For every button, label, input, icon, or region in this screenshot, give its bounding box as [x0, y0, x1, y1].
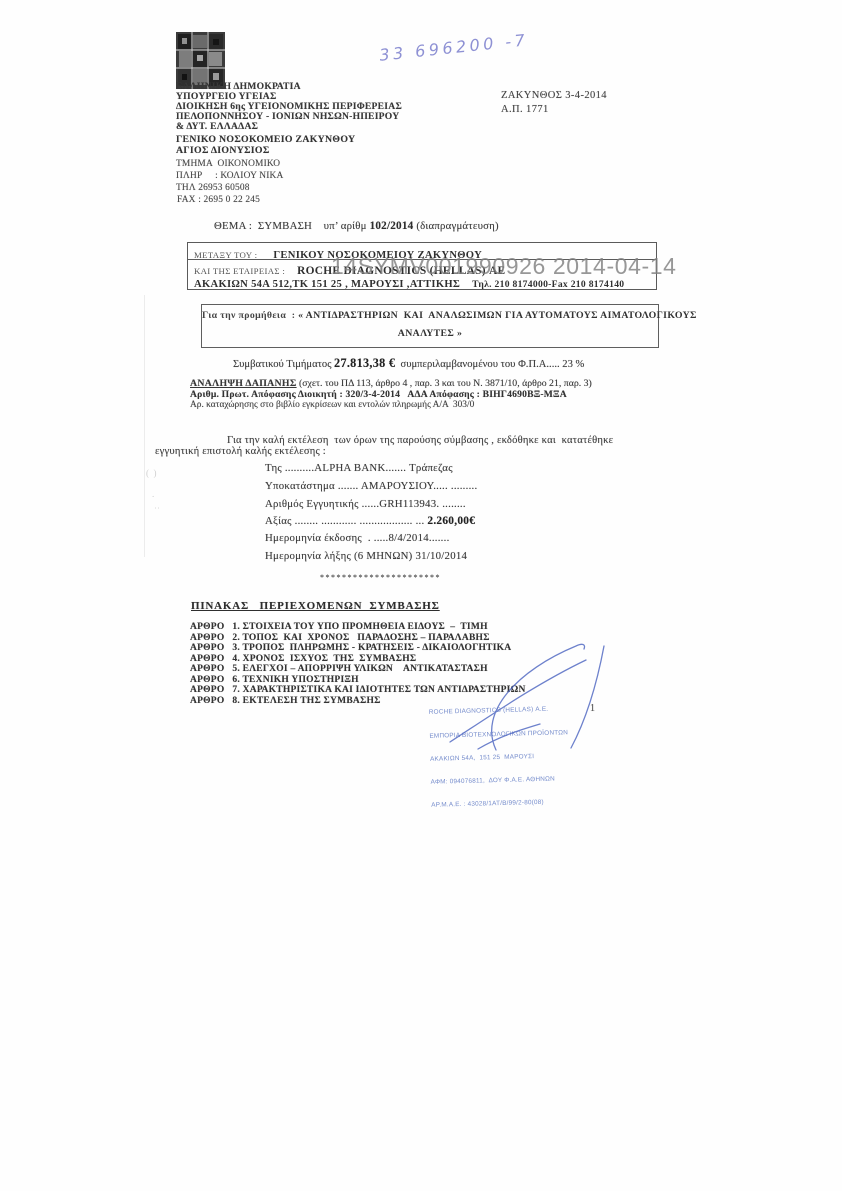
header-hospital-name: ΓΕΝΙΚΟ ΝΟΣΟΚΟΜΕΙΟ ΖΑΚΥΝΘΟΥ	[176, 135, 355, 145]
subject-contract-number: 102/2014	[370, 220, 414, 232]
expense-title-suffix: (σχετ. του ΠΔ 113, άρθρο 4 , παρ. 3 και …	[297, 378, 592, 389]
guarantee-number-line: Αριθμός Εγγυητικής ......GRH113943. ....…	[265, 498, 466, 510]
subject-line: ΘΕΜΑ : ΣΥΜΒΑΣΗ υπ’ αρίθμ 102/2014 (διαπρ…	[214, 220, 499, 232]
guarantee-intro-line-2: εγγυητική επιστολή καλής εκτέλεσης :	[155, 446, 326, 457]
price-amount: 27.813,38 €	[334, 356, 395, 370]
toc-item-1: ΑΡΘΡΟ 1. ΣΤΟΙΧΕΙΑ ΤΟΥ ΥΠΟ ΠΡΟΜΗΘΕΙΑ ΕΙΔΟ…	[190, 622, 488, 633]
guarantee-expiry-date-line: Ημερομηνία λήξης (6 ΜΗΝΩΝ) 31/10/2014	[265, 550, 467, 562]
signature-strokes	[408, 632, 620, 759]
contract-price-line: Συμβατικού Τιμήματος 27.813,38 € συμπερι…	[233, 356, 584, 371]
stamp-line-4: ΑΦΜ: 094076811, ΔΟΥ Φ.Α.Ε. ΑΘΗΝΩΝ	[431, 775, 570, 786]
subject-suffix: (διαπραγμάτευση)	[413, 220, 498, 232]
expense-title-line: ΑΝΑΛΗΨΗ ΔΑΠΑΝΗΣ (σχετ. του ΠΔ 113, άρθρο…	[190, 378, 592, 389]
registry-watermark: 14SYMV001990926 2014-04-14	[331, 253, 677, 280]
asterisk-separator: **********************	[320, 573, 441, 582]
toc-item-6: ΑΡΘΡΟ 6. ΤΕΧΝΙΚΗ ΥΠΟΣΤΗΡΙΞΗ	[190, 675, 359, 686]
header-hospital-saint: ΑΓΙΟΣ ΔΙΟΝΥΣΙΟΣ	[176, 146, 270, 156]
document-city-date: ΖΑΚΥΝΘΟΣ 3-4-2014	[501, 90, 607, 101]
header-line-region-3: & ΔΥΤ. ΕΛΛΑΔΑΣ	[176, 122, 258, 132]
subject-prefix: ΘΕΜΑ : ΣΥΜΒΑΣΗ υπ’ αρίθμ	[214, 220, 370, 232]
toc-title: ΠΙΝΑΚΑΣ ΠΕΡΙΕΧΟΜΕΝΩΝ ΣΥΜΒΑΣΗΣ	[191, 600, 440, 612]
toc-item-8: ΑΡΘΡΟ 8. ΕΚΤΕΛΕΣΗ ΤΗΣ ΣΥΜΒΑΣΗΣ	[190, 696, 381, 707]
company-phone-fax: Τηλ. 210 8174000-Fax 210 8174140	[472, 279, 624, 290]
margin-mark-dot: .	[152, 489, 154, 499]
supply-line-2: ΑΝΑΛΥΤΕΣ »	[202, 328, 658, 339]
expense-registry-line: Αρ. καταχώρησης στο βιβλίο εγκρίσεων και…	[190, 400, 474, 410]
expense-title: ΑΝΑΛΗΨΗ ΔΑΠΑΝΗΣ	[190, 378, 297, 389]
guarantee-value-label: Αξίας ........ ............ ............…	[265, 515, 427, 527]
scanned-contract-page: 33 696200 -7 ΕΛΛΗΝΙΚΗ ΔΗΜΟΚΡΑΤΙΑ ΥΠΟΥΡΓ	[0, 0, 842, 1191]
company-address: ΑΚΑΚΙΩΝ 54Α 512,ΤΚ 151 25 , ΜΑΡΟΥΣΙ ,ΑΤΤ…	[194, 279, 460, 290]
header-fax: FAX : 2695 0 22 245	[177, 195, 260, 205]
guarantee-value-line: Αξίας ........ ............ ............…	[265, 515, 475, 527]
stamp-line-5: ΑΡ.Μ.Α.Ε. : 43028/1ΑΤ/Β/99/2-80(08)	[431, 798, 570, 809]
handwritten-reference-number: 33 696200 -7	[378, 30, 529, 65]
guarantee-intro-line-1: Για την καλή εκτέλεση των όρων της παρού…	[227, 435, 613, 446]
supply-intro: Για την προμήθεια :	[202, 310, 298, 321]
margin-mark-parenthesis: ( )	[146, 468, 157, 478]
supply-text-1: « ΑΝΤΙΔΡΑΣΤΗΡΙΩΝ ΚΑΙ ΑΝΑΛΩΣΙΜΩΝ ΓΙΑ ΑΥΤΟ…	[298, 310, 697, 321]
page-number: 1	[590, 703, 595, 714]
scan-fold-artifact	[144, 295, 145, 557]
supply-subject-box: Για την προμήθεια : « ΑΝΤΙΔΡΑΣΤΗΡΙΩΝ ΚΑΙ…	[201, 304, 659, 348]
header-contact-person: ΠΛΗΡ : ΚΟΛΙΟΥ ΝΙΚΑ	[176, 171, 284, 181]
guarantee-bank-line: Της ..........ΑLPHA BANK....... Τράπεζας	[265, 462, 453, 474]
toc-item-4: ΑΡΘΡΟ 4. ΧΡΟΝΟΣ ΙΣΧΥΟΣ ΤΗΣ ΣΥΜΒΑΣΗΣ	[190, 654, 416, 665]
header-department: ΤΜΗΜΑ ΟΙΚΟΝΟΜΙΚΟ	[176, 159, 280, 169]
header-phone: ΤΗΛ 26953 60508	[176, 183, 250, 193]
price-vat-suffix: συμπεριλαμβανομένου του Φ.Π.Α..... 23 %	[395, 359, 584, 370]
margin-mark-dots: ˙˙	[154, 506, 160, 516]
guarantee-branch-line: Υποκατάστημα ....... ΑΜΑΡΟΥΣΙΟΥ..... ...…	[265, 480, 477, 492]
expense-decision-line: Αριθμ. Πρωτ. Απόφασης Διοικητή : 320/3-4…	[190, 389, 567, 400]
supply-line-1: Για την προμήθεια : « ΑΝΤΙΔΡΑΣΤΗΡΙΩΝ ΚΑΙ…	[202, 310, 658, 321]
price-prefix: Συμβατικού Τιμήματος	[233, 359, 334, 370]
guarantee-issue-date-line: Ημερομηνία έκδοσης . .....8/4/2014......…	[265, 532, 450, 544]
guarantee-value-amount: 2.260,00€	[427, 515, 475, 527]
document-protocol-number: Α.Π. 1771	[501, 104, 549, 115]
